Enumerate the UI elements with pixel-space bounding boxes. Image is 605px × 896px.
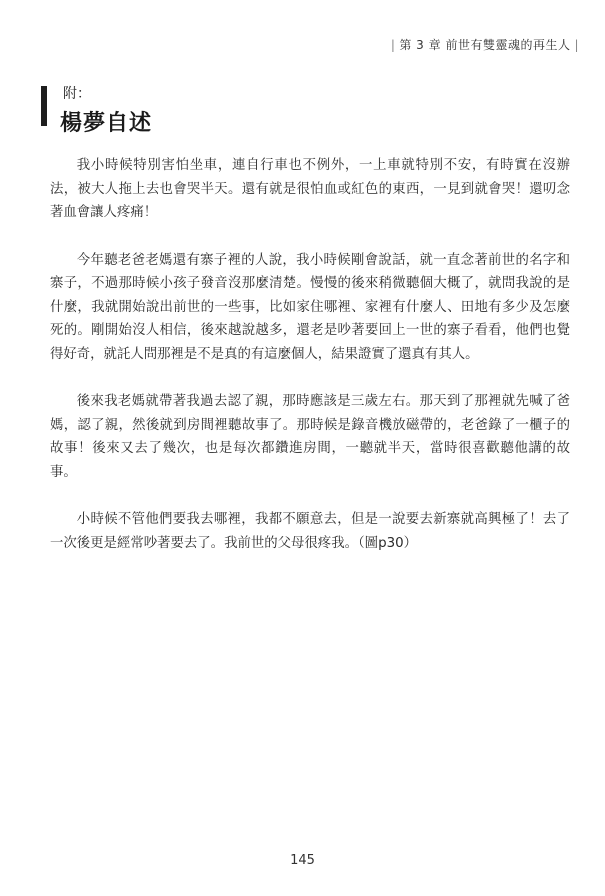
heading-accent-bar <box>41 86 47 126</box>
header-separator-right: | <box>574 38 579 52</box>
paragraph-1: 我小時候特別害怕坐車，連自行車也不例外，一上車就特別不安，有時實在沒辦法，被大人… <box>50 154 570 225</box>
paragraph-3: 後來我老媽就帶著我過去認了親，那時應該是三歲左右。那天到了那裡就先喊了爸媽，認了… <box>50 390 570 484</box>
section-prefix: 附： <box>63 83 91 103</box>
section-title: 楊夢自述 <box>60 106 152 137</box>
running-header: |第 3 章 前世有雙靈魂的再生人| <box>387 36 583 53</box>
paragraph-4: 小時候不管他們要我去哪裡，我都不願意去，但是一說要去新寨就高興極了！去了一次後更… <box>50 508 570 555</box>
body-text: 我小時候特別害怕坐車，連自行車也不例外，一上車就特別不安，有時實在沒辦法，被大人… <box>50 154 570 579</box>
header-separator-left: | <box>391 38 396 52</box>
chapter-title: 第 3 章 前世有雙靈魂的再生人 <box>399 38 570 52</box>
page-number: 145 <box>0 853 605 868</box>
paragraph-2: 今年聽老爸老媽還有寨子裡的人說，我小時候剛會說話，就一直念著前世的名字和寨子，不… <box>50 249 570 367</box>
